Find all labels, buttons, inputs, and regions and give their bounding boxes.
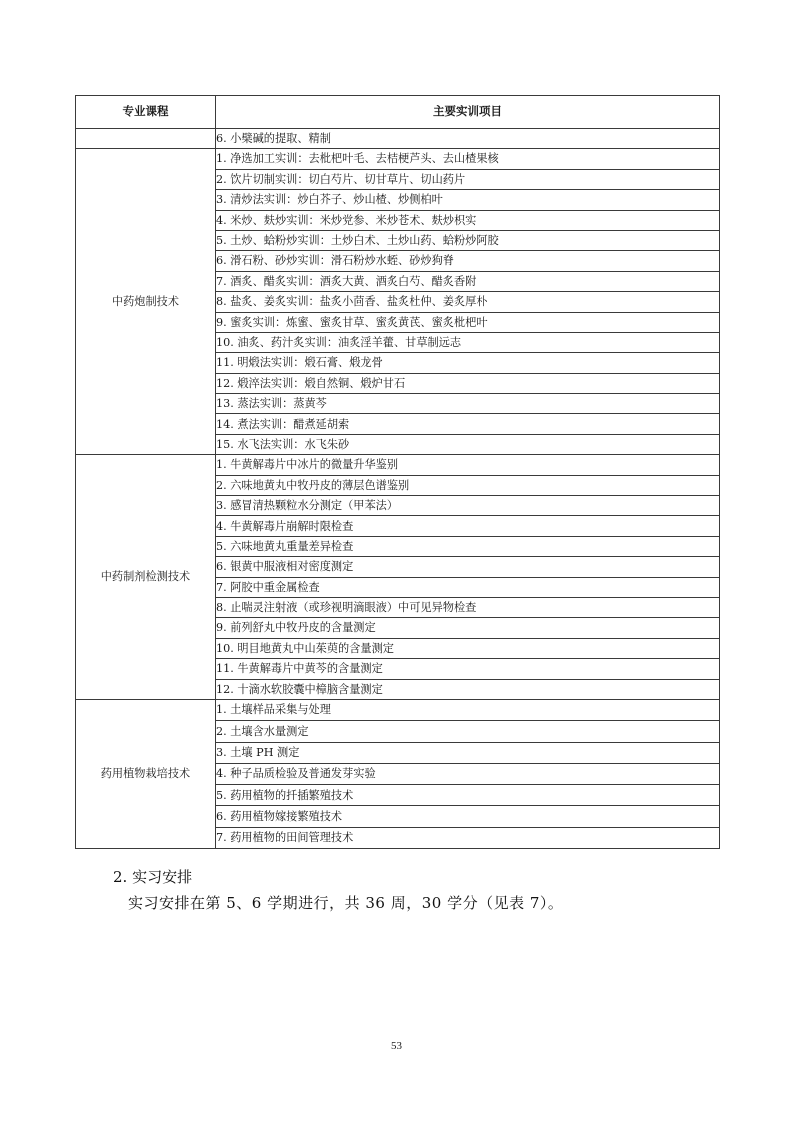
project-cell: 7. 药用植物的田间管理技术 (216, 827, 720, 848)
project-cell: 3. 土壤 PH 测定 (216, 742, 720, 763)
header-course: 专业课程 (76, 96, 216, 129)
table-row-continuation: 6. 小檗碱的提取、精制 (76, 129, 720, 149)
project-cell: 6. 药用植物嫁接繁殖技术 (216, 806, 720, 827)
table-header-row: 专业课程 主要实训项目 (76, 96, 720, 129)
project-cell: 8. 止喘灵注射液（或珍视明滴眼液）中可见异物检查 (216, 597, 720, 617)
project-cell: 10. 油炙、药汁炙实训：油炙淫羊藿、甘草制远志 (216, 332, 720, 352)
project-cell: 5. 土炒、蛤粉炒实训：土炒白术、土炒山药、蛤粉炒阿胶 (216, 230, 720, 250)
table-row: 中药炮制技术1. 净选加工实训：去枇杷叶毛、去桔梗芦头、去山楂果核 (76, 149, 720, 169)
table-row: 中药制剂检测技术1. 牛黄解毒片中冰片的微量升华鉴别 (76, 455, 720, 475)
project-cell: 7. 阿胶中重金属检查 (216, 577, 720, 597)
course-cell (76, 129, 216, 149)
project-cell: 1. 牛黄解毒片中冰片的微量升华鉴别 (216, 455, 720, 475)
course-cell: 中药炮制技术 (76, 149, 216, 455)
project-cell: 1. 净选加工实训：去枇杷叶毛、去桔梗芦头、去山楂果核 (216, 149, 720, 169)
project-cell: 8. 盐炙、姜炙实训：盐炙小茴香、盐炙杜仲、姜炙厚朴 (216, 292, 720, 312)
project-cell: 2. 饮片切制实训：切白芍片、切甘草片、切山药片 (216, 169, 720, 189)
project-cell: 14. 煮法实训：醋煮延胡索 (216, 414, 720, 434)
project-cell: 5. 药用植物的扦插繁殖技术 (216, 785, 720, 806)
project-cell: 3. 感冒清热颗粒水分测定（甲苯法） (216, 496, 720, 516)
project-cell: 13. 蒸法实训：蒸黄芩 (216, 394, 720, 414)
project-cell: 4. 米炒、麸炒实训：米炒党参、米炒苍术、麸炒枳实 (216, 210, 720, 230)
project-cell: 10. 明目地黄丸中山茱萸的含量测定 (216, 638, 720, 658)
course-cell: 中药制剂检测技术 (76, 455, 216, 700)
project-cell: 15. 水飞法实训：水飞朱砂 (216, 434, 720, 454)
project-cell: 6. 小檗碱的提取、精制 (216, 129, 720, 149)
training-projects-table: 专业课程 主要实训项目 6. 小檗碱的提取、精制 中药炮制技术1. 净选加工实训… (75, 95, 720, 849)
project-cell: 9. 蜜炙实训：炼蜜、蜜炙甘草、蜜炙黄芪、蜜炙枇杷叶 (216, 312, 720, 332)
course-cell: 药用植物栽培技术 (76, 699, 216, 848)
document-page: 专业课程 主要实训项目 6. 小檗碱的提取、精制 中药炮制技术1. 净选加工实训… (0, 0, 793, 1122)
project-cell: 12. 十滴水软胶囊中樟脑含量测定 (216, 679, 720, 699)
project-cell: 1. 土壤样品采集与处理 (216, 699, 720, 720)
project-cell: 3. 清炒法实训：炒白芥子、炒山楂、炒侧柏叶 (216, 190, 720, 210)
project-cell: 9. 前列舒丸中牧丹皮的含量测定 (216, 618, 720, 638)
table-row: 药用植物栽培技术1. 土壤样品采集与处理 (76, 699, 720, 720)
project-cell: 5. 六味地黄丸重量差异检查 (216, 536, 720, 556)
project-cell: 11. 牛黄解毒片中黄芩的含量测定 (216, 659, 720, 679)
project-cell: 2. 六味地黄丸中牧丹皮的薄层色谱鉴别 (216, 475, 720, 495)
header-projects: 主要实训项目 (216, 96, 720, 129)
project-cell: 7. 酒炙、醋炙实训：酒炙大黄、酒炙白芍、醋炙香附 (216, 271, 720, 291)
project-cell: 11. 明煅法实训：煅石膏、煅龙骨 (216, 353, 720, 373)
page-number: 53 (0, 1040, 793, 1052)
project-cell: 12. 煅淬法实训：煅自然铜、煅炉甘石 (216, 373, 720, 393)
project-cell: 6. 滑石粉、砂炒实训：滑石粉炒水蛭、砂炒狗脊 (216, 251, 720, 271)
section-heading: 2. 实习安排 (113, 866, 192, 887)
project-cell: 4. 种子品质检验及普通发芽实验 (216, 763, 720, 784)
project-cell: 4. 牛黄解毒片崩解时限检查 (216, 516, 720, 536)
section-paragraph: 实习安排在第 5、6 学期进行，共 36 周，30 学分（见表 7）。 (128, 892, 563, 913)
project-cell: 2. 土壤含水量测定 (216, 721, 720, 742)
project-cell: 6. 银黄中服液相对密度测定 (216, 557, 720, 577)
